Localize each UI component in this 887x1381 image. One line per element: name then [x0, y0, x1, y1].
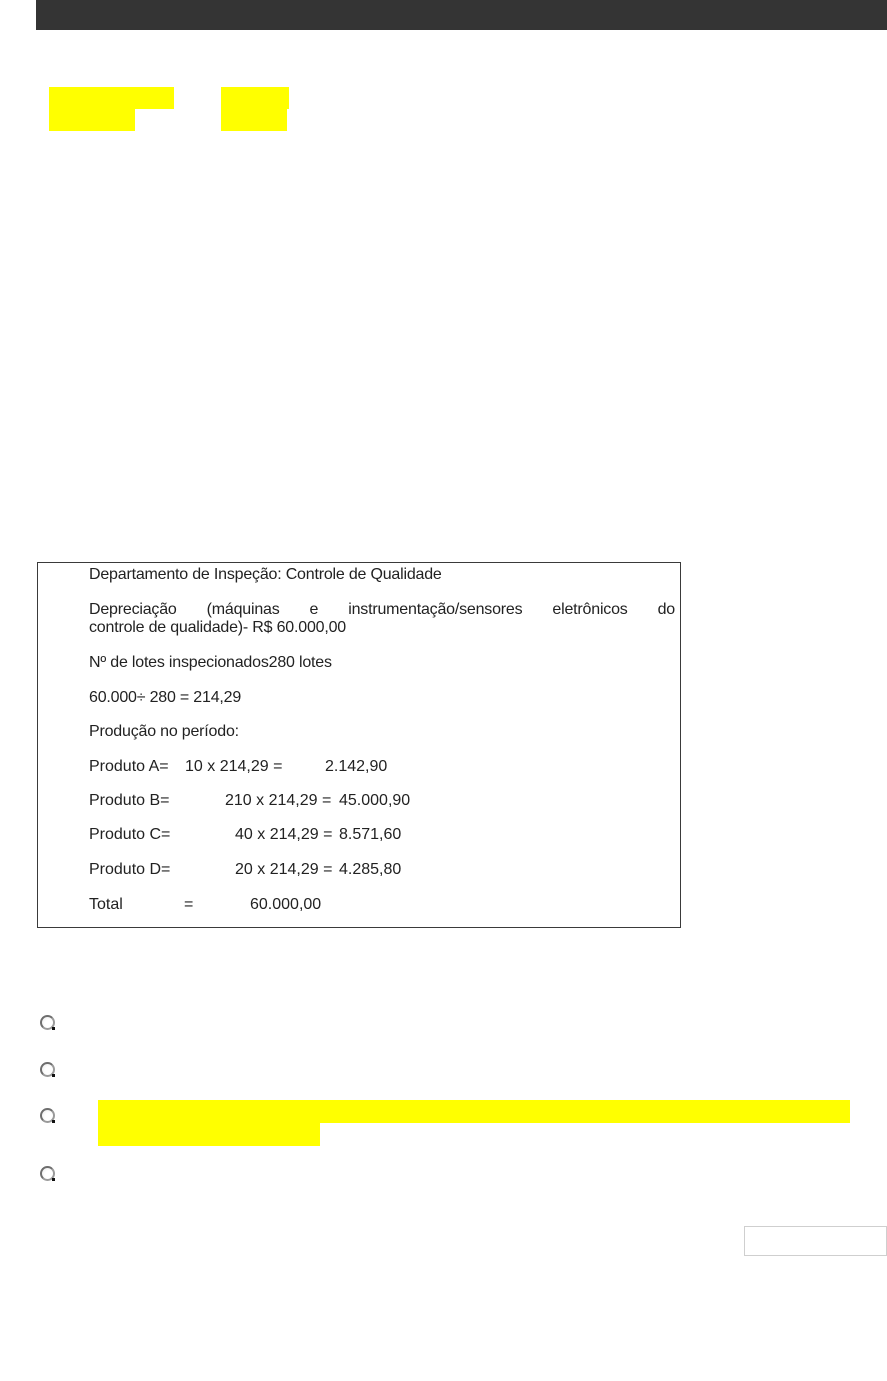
department-title: Departamento de Inspeção: Controle de Qu… — [89, 566, 442, 584]
highlight-block — [221, 87, 289, 109]
product-expression: 20 x 214,29 = — [235, 861, 332, 879]
total-value: 60.000,00 — [250, 896, 321, 914]
product-expression: 40 x 214,29 = — [235, 826, 332, 844]
answer-option-c[interactable] — [38, 1108, 858, 1132]
depreciation-line-1: Depreciação (máquinas e instrumentação/s… — [89, 601, 675, 619]
product-label: Produto A= — [89, 758, 169, 776]
product-row: Produto D= 20 x 214,29 = 4.285,80 — [89, 861, 649, 881]
production-heading: Produção no período: — [89, 723, 239, 741]
total-label: Total — [89, 896, 123, 914]
product-value: 2.142,90 — [325, 758, 387, 776]
highlight-block — [49, 87, 174, 109]
answer-option-b[interactable] — [38, 1062, 858, 1086]
total-equals: = — [184, 896, 193, 914]
lots-inspected: Nº de lotes inspecionados280 lotes — [89, 654, 332, 672]
product-row: Produto A= 10 x 214,29 = 2.142,90 — [89, 758, 649, 778]
product-row: Produto C= 40 x 214,29 = 8.571,60 — [89, 826, 649, 846]
radio-button[interactable] — [40, 1015, 55, 1030]
radio-button[interactable] — [40, 1062, 55, 1077]
calculation-image: Departamento de Inspeção: Controle de Qu… — [37, 562, 681, 928]
product-label: Produto D= — [89, 861, 170, 879]
product-expression: 210 x 214,29 = — [225, 792, 331, 810]
answer-option-a[interactable] — [38, 1015, 858, 1039]
product-expression: 10 x 214,29 = — [185, 758, 282, 776]
answer-input[interactable] — [744, 1226, 887, 1256]
product-label: Produto B= — [89, 792, 170, 810]
radio-button[interactable] — [40, 1166, 55, 1181]
rate-formula: 60.000÷ 280 = 214,29 — [89, 689, 241, 707]
product-row: Produto B= 210 x 214,29 = 45.000,90 — [89, 792, 649, 812]
highlight-block — [221, 109, 287, 131]
answer-option-d[interactable] — [38, 1166, 858, 1190]
total-row: Total = 60.000,00 — [89, 896, 649, 916]
highlight-block — [49, 109, 135, 131]
top-bar — [36, 0, 887, 30]
depreciation-line-2: controle de qualidade)- R$ 60.000,00 — [89, 619, 675, 637]
product-label: Produto C= — [89, 826, 170, 844]
product-value: 45.000,90 — [339, 792, 410, 810]
radio-button[interactable] — [40, 1108, 55, 1123]
product-value: 8.571,60 — [339, 826, 401, 844]
product-value: 4.285,80 — [339, 861, 401, 879]
